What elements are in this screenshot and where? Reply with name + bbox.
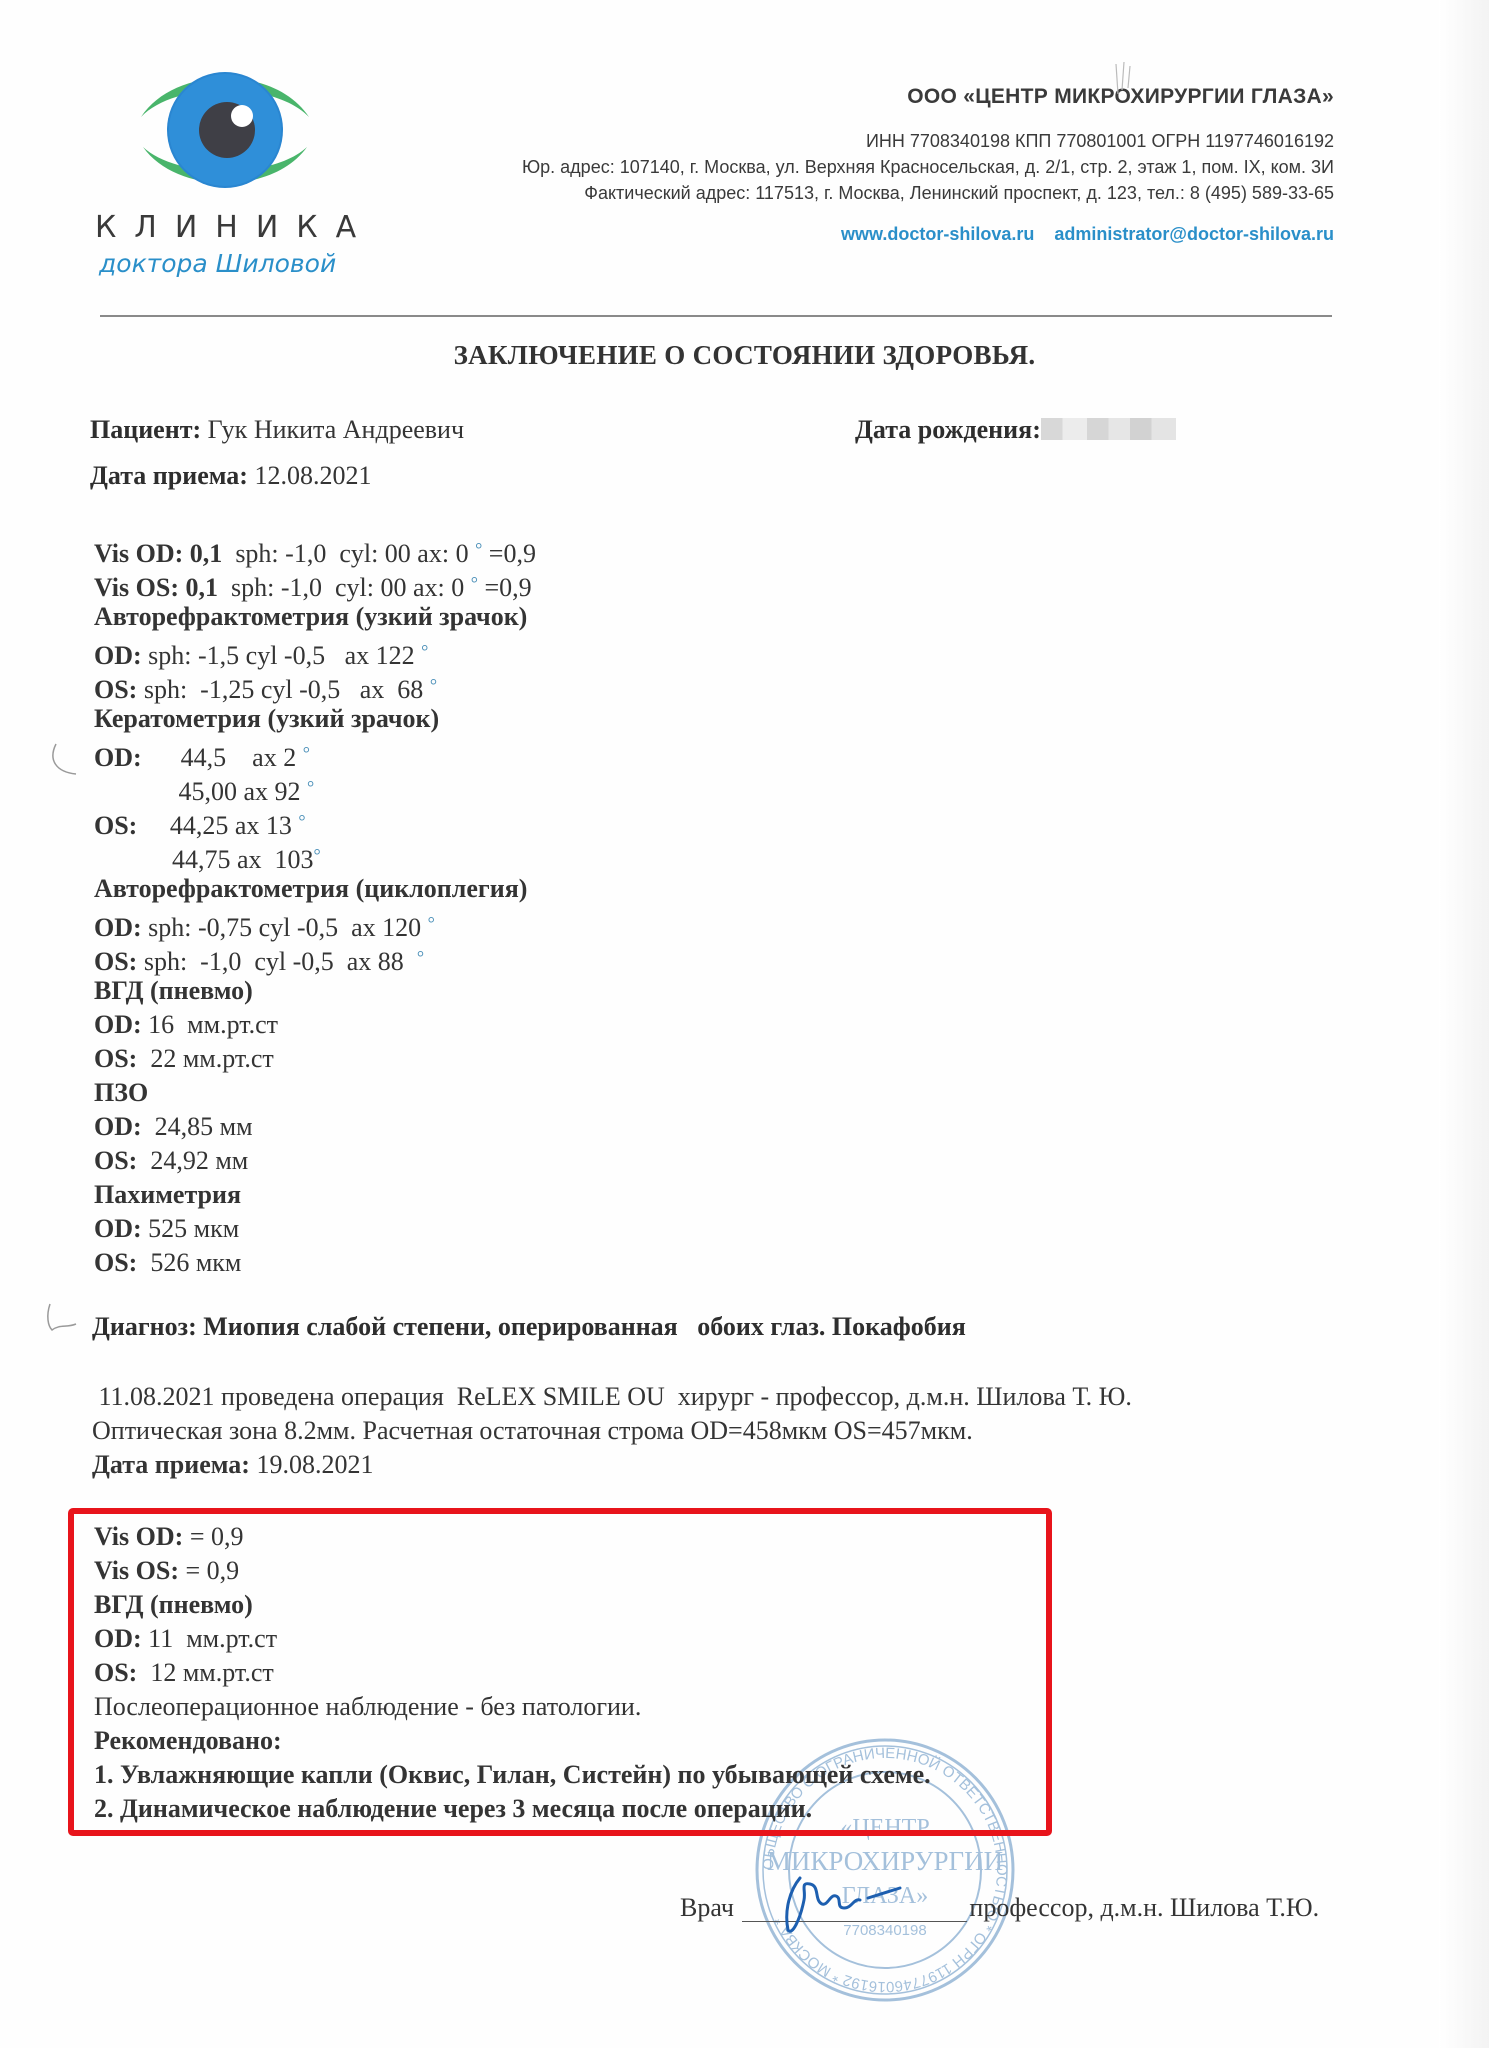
exam-row-label: OD: xyxy=(94,1112,142,1141)
followup-results: Vis OD: = 0,9Vis OS: = 0,9ВГД (пневмо)OD… xyxy=(94,1520,931,1826)
exam-row-value: 44,75 ax 103 xyxy=(94,845,314,874)
exam-row: OS: 44,25 ax 13 ° xyxy=(94,804,536,838)
exam-row-value: sph: -1,25 cyl -0,5 ax 68 xyxy=(137,675,429,704)
degree-symbol: ° xyxy=(303,743,310,763)
followup-row-label: Рекомендовано: xyxy=(94,1726,282,1755)
exam-row-value: sph: -1,0 cyl: 00 ax: 0 xyxy=(222,539,475,568)
degree-symbol: ° xyxy=(428,913,435,933)
scan-mark-icon xyxy=(42,1302,82,1342)
followup-row-value: 12 мм.рт.ст xyxy=(137,1658,273,1687)
eye-icon xyxy=(135,55,315,205)
exam-row-value: 526 мкм xyxy=(137,1248,241,1277)
exam-row-label: OD: xyxy=(94,1214,142,1243)
exam-row-value: 525 мкм xyxy=(142,1214,240,1243)
document-title: ЗАКЛЮЧЕНИЕ О СОСТОЯНИИ ЗДОРОВЬЯ. xyxy=(0,340,1489,371)
exam-row: Кератометрия (узкий зрачок) xyxy=(94,702,536,736)
exam-row-value: 24,85 мм xyxy=(142,1112,253,1141)
company-name: ООО «ЦЕНТР МИКРОХИРУРГИИ ГЛАЗА» xyxy=(522,85,1334,109)
followup-row-label: 1. Увлажняющие капли (Оквис, Гилан, Сист… xyxy=(94,1760,931,1789)
exam-row-corrected: =0,9 xyxy=(478,573,532,602)
exam-row: Пахиметрия xyxy=(94,1178,536,1212)
patient-name: Гук Никита Андреевич xyxy=(201,415,464,444)
exam-row-label: Авторефрактометрия (узкий зрачок) xyxy=(94,602,527,631)
header-divider xyxy=(100,315,1332,317)
followup-visit-line: Дата приема: 19.08.2021 xyxy=(92,1448,1132,1482)
followup-row: Vis OD: = 0,9 xyxy=(94,1520,931,1554)
followup-row-label: Vis OS: xyxy=(94,1556,179,1585)
exam-row-value: sph: -1,0 cyl -0,5 ax 88 xyxy=(137,947,416,976)
exam-row: ПЗО xyxy=(94,1076,536,1110)
company-legal-address: Юр. адрес: 107140, г. Москва, ул. Верхня… xyxy=(522,154,1334,180)
scan-mark-icon xyxy=(1110,60,1140,100)
visit-line: Дата приема: 12.08.2021 xyxy=(90,459,371,493)
exam-row: Авторефрактометрия (циклоплегия) xyxy=(94,872,536,906)
followup-visit-label: Дата приема: xyxy=(92,1450,250,1479)
followup-row-value: = 0,9 xyxy=(179,1556,239,1585)
degree-symbol: ° xyxy=(421,641,428,661)
exam-row: Vis OS: 0,1 sph: -1,0 cyl: 00 ax: 0 ° =0… xyxy=(94,566,536,600)
exam-row-value: 45,00 ax 92 xyxy=(94,777,307,806)
exam-row-value: 44,25 ax 13 xyxy=(137,811,298,840)
exam-row-label: OD: xyxy=(94,1010,142,1039)
document-page: КЛИНИКА доктора Шиловой ООО «ЦЕНТР МИКРО… xyxy=(0,0,1489,2048)
visit-label: Дата приема: xyxy=(90,461,248,490)
followup-row-value: Послеоперационное наблюдение - без патол… xyxy=(94,1692,641,1721)
exam-row-label: Авторефрактометрия (циклоплегия) xyxy=(94,874,527,903)
followup-row-label: OD: xyxy=(94,1624,142,1653)
degree-symbol: ° xyxy=(430,675,437,695)
followup-row: OS: 12 мм.рт.ст xyxy=(94,1656,931,1690)
exam-row: Авторефрактометрия (узкий зрачок) xyxy=(94,600,536,634)
degree-symbol: ° xyxy=(417,947,424,967)
degree-symbol: ° xyxy=(298,811,305,831)
website-link[interactable]: www.doctor-shilova.ru xyxy=(841,224,1034,244)
patient-label: Пациент: xyxy=(90,415,201,444)
followup-row-value: 11 мм.рт.ст xyxy=(142,1624,277,1653)
exam-row-label: OD: xyxy=(94,913,142,942)
exam-row: ВГД (пневмо) xyxy=(94,974,536,1008)
company-header: ООО «ЦЕНТР МИКРОХИРУРГИИ ГЛАЗА» ИНН 7708… xyxy=(522,85,1334,245)
followup-row: Рекомендовано: xyxy=(94,1724,931,1758)
exam-row: OS: sph: -1,0 cyl -0,5 ax 88 ° xyxy=(94,940,536,974)
exam-results: Vis OD: 0,1 sph: -1,0 cyl: 00 ax: 0 ° =0… xyxy=(94,532,536,1280)
followup-row: OD: 11 мм.рт.ст xyxy=(94,1622,931,1656)
exam-row: OS: 22 мм.рт.ст xyxy=(94,1042,536,1076)
exam-row: OD: sph: -1,5 cyl -0,5 ax 122 ° xyxy=(94,634,536,668)
exam-row-label: ВГД (пневмо) xyxy=(94,976,253,1005)
exam-row-label: Vis OD: 0,1 xyxy=(94,539,222,568)
exam-row-label: OS: xyxy=(94,675,137,704)
exam-row-label: OD: xyxy=(94,743,142,772)
dob-line: Дата рождения: xyxy=(855,413,1176,447)
exam-row-value: 24,92 мм xyxy=(137,1146,248,1175)
company-registration: ИНН 7708340198 КПП 770801001 ОГРН 119774… xyxy=(522,128,1334,154)
followup-row-label: Vis OD: xyxy=(94,1522,183,1551)
exam-row-label: OS: xyxy=(94,947,137,976)
exam-row: OD: 525 мкм xyxy=(94,1212,536,1246)
scan-edge xyxy=(1439,0,1489,2048)
degree-symbol: ° xyxy=(314,845,321,865)
exam-row-label: OD: xyxy=(94,641,142,670)
degree-symbol: ° xyxy=(307,777,314,797)
followup-row: Послеоперационное наблюдение - без патол… xyxy=(94,1690,931,1724)
operation-line-1: 11.08.2021 проведена операция ReLEX SMIL… xyxy=(92,1380,1132,1414)
exam-row: Vis OD: 0,1 sph: -1,0 cyl: 00 ax: 0 ° =0… xyxy=(94,532,536,566)
exam-row: OD: 24,85 мм xyxy=(94,1110,536,1144)
exam-row-label: Пахиметрия xyxy=(94,1180,241,1209)
exam-row-value: sph: -1,0 cyl: 00 ax: 0 xyxy=(218,573,471,602)
exam-row-label: OS: xyxy=(94,1248,137,1277)
exam-row: 44,75 ax 103° xyxy=(94,838,536,872)
exam-row: OD: 16 мм.рт.ст xyxy=(94,1008,536,1042)
handwritten-signature-icon xyxy=(770,1870,910,1940)
followup-visit-date: 19.08.2021 xyxy=(250,1450,374,1479)
exam-row-label: OS: xyxy=(94,811,137,840)
exam-row-corrected: =0,9 xyxy=(482,539,536,568)
visit-date: 12.08.2021 xyxy=(248,461,372,490)
exam-row: OS: sph: -1,25 cyl -0,5 ax 68 ° xyxy=(94,668,536,702)
diagnosis: Диагноз: Миопия слабой степени, опериров… xyxy=(92,1312,966,1342)
followup-row-label: 2. Динамическое наблюдение через 3 месяц… xyxy=(94,1794,812,1823)
patient-line: Пациент: Гук Никита Андреевич xyxy=(90,413,464,447)
exam-row-label: Кератометрия (узкий зрачок) xyxy=(94,704,439,733)
doctor-name: профессор, д.м.н. Шилова Т.Ю. xyxy=(969,1893,1319,1922)
operation-line-2: Оптическая зона 8.2мм. Расчетная остаточ… xyxy=(92,1414,1132,1448)
followup-row-label: ВГД (пневмо) xyxy=(94,1590,253,1619)
exam-row: OD: sph: -0,75 cyl -0,5 ax 120 ° xyxy=(94,906,536,940)
operation-info: 11.08.2021 проведена операция ReLEX SMIL… xyxy=(92,1380,1132,1482)
followup-row: 1. Увлажняющие капли (Оквис, Гилан, Сист… xyxy=(94,1758,931,1792)
company-links: www.doctor-shilova.ruadministrator@docto… xyxy=(522,224,1334,245)
exam-row-value: 44,5 ax 2 xyxy=(142,743,303,772)
followup-row: 2. Динамическое наблюдение через 3 месяц… xyxy=(94,1792,931,1826)
degree-symbol: ° xyxy=(471,573,478,593)
exam-row-value: sph: -1,5 cyl -0,5 ax 122 xyxy=(142,641,421,670)
exam-row-label: OS: xyxy=(94,1044,137,1073)
exam-row: OD: 44,5 ax 2 ° xyxy=(94,736,536,770)
followup-row: Vis OS: = 0,9 xyxy=(94,1554,931,1588)
followup-row-value: = 0,9 xyxy=(183,1522,243,1551)
scan-mark-icon xyxy=(46,740,86,780)
doctor-role: Врач xyxy=(680,1893,740,1922)
email-link[interactable]: administrator@doctor-shilova.ru xyxy=(1054,224,1334,244)
exam-row: 45,00 ax 92 ° xyxy=(94,770,536,804)
logo-subtitle: доктора Шиловой xyxy=(99,249,336,278)
dob-label: Дата рождения: xyxy=(855,415,1041,444)
exam-row: OS: 24,92 мм xyxy=(94,1144,536,1178)
followup-row: ВГД (пневмо) xyxy=(94,1588,931,1622)
exam-row-label: OS: xyxy=(94,1146,137,1175)
logo-word: КЛИНИКА xyxy=(95,210,374,245)
exam-row-value: 16 мм.рт.ст xyxy=(142,1010,278,1039)
clinic-logo: КЛИНИКА доктора Шиловой xyxy=(95,55,375,285)
company-actual-address: Фактический адрес: 117513, г. Москва, Ле… xyxy=(522,180,1334,206)
exam-row-label: ПЗО xyxy=(94,1078,148,1107)
dob-redacted xyxy=(1041,418,1176,440)
exam-row-value: sph: -0,75 cyl -0,5 ax 120 xyxy=(142,913,428,942)
followup-row-label: OS: xyxy=(94,1658,137,1687)
exam-row-value: 22 мм.рт.ст xyxy=(137,1044,273,1073)
exam-row-label: Vis OS: 0,1 xyxy=(94,573,218,602)
exam-row: OS: 526 мкм xyxy=(94,1246,536,1280)
